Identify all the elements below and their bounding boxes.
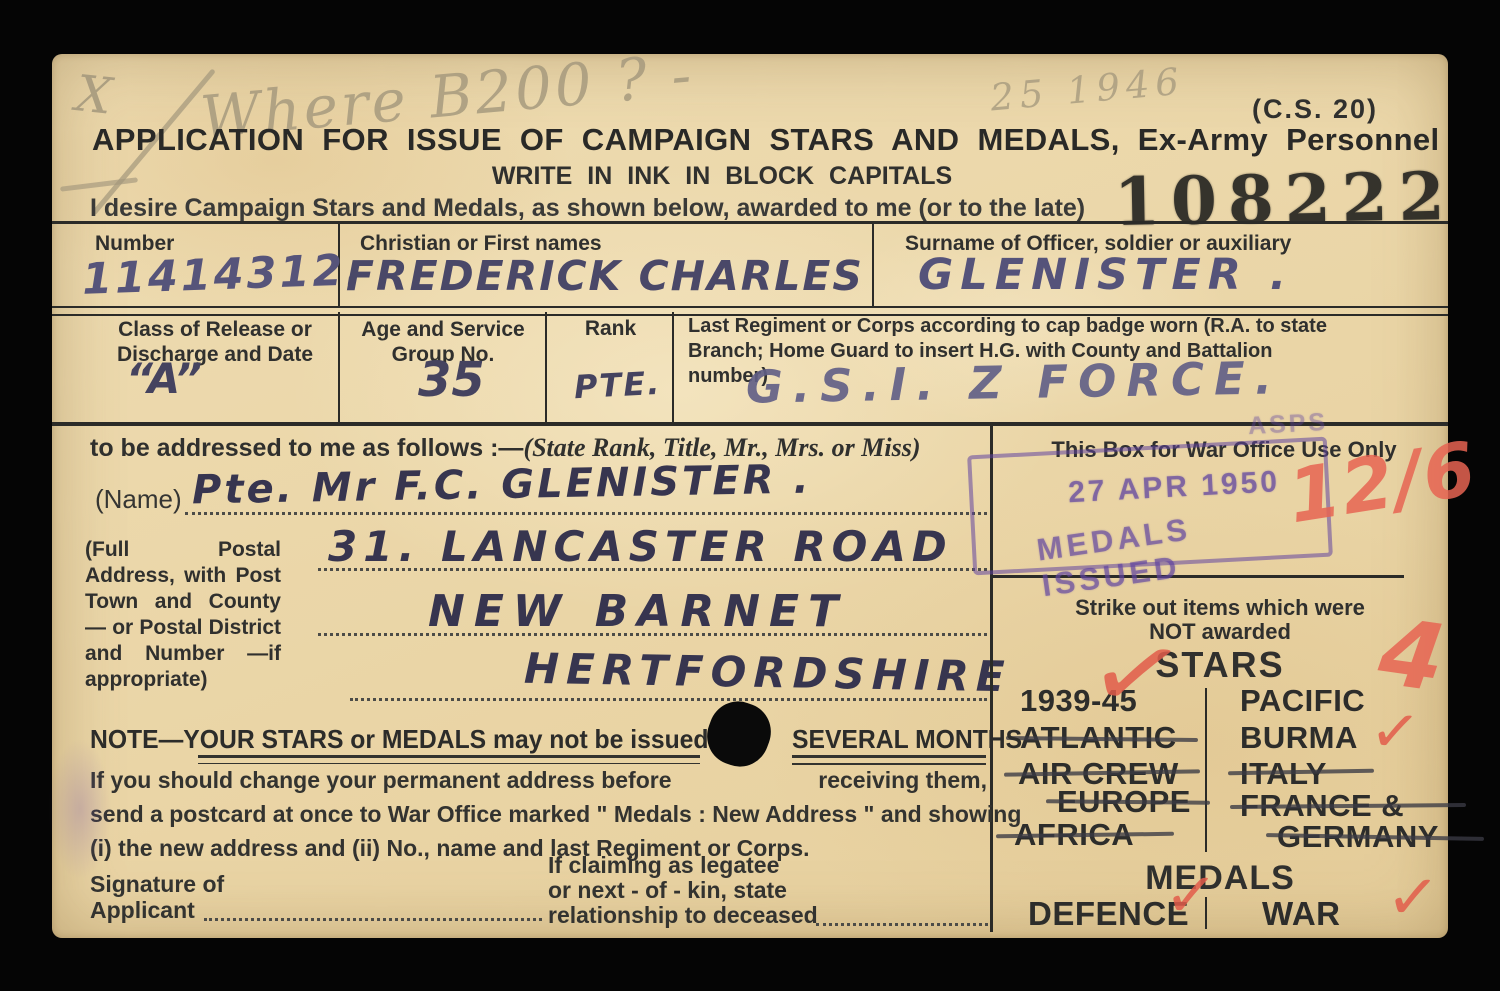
strike-instruction-line2: NOT awarded (1000, 619, 1440, 645)
regiment-label-line1: Last Regiment or Corps according to cap … (688, 314, 1440, 339)
medals-issued-stamp: 27 APR 1950 MEDALS ISSUED (967, 437, 1333, 576)
address-line2-dotted (318, 633, 987, 636)
release-class-value: “A” (126, 354, 202, 403)
note-line1-left: If you should change your permanent addr… (90, 767, 672, 794)
address-line3-dotted (350, 698, 987, 701)
note-underline-left (198, 755, 700, 764)
medals-heading: MEDALS (1000, 859, 1440, 898)
red-check-defence-icon: ✓ (1162, 862, 1220, 930)
postal-address-label: (Full Postal Address, with Post Town and… (85, 537, 281, 693)
name-value: Pte. Mr F.C. GLENISTER . (192, 457, 812, 514)
award-star-pacific: PACIFIC (1240, 683, 1365, 719)
red-check-war-icon: ✓ (1384, 864, 1442, 932)
note-paragraph-line1: If you should change your permanent addr… (90, 767, 987, 794)
legatee-line2: or next - of - kin, state (548, 877, 787, 904)
regiment-value: G.S.I. Z FORCE. (746, 351, 1283, 413)
stars-heading: STARS (1000, 644, 1440, 686)
red-check-1939-45-icon: ✓ (1079, 616, 1194, 734)
application-card: X Where B200 ? - 25 1946 (C.S. 20) APPLI… (52, 54, 1448, 938)
serial-number-stamp: 108222 (1113, 157, 1456, 241)
note-heading-right: SEVERAL MONTHS (792, 724, 1022, 755)
strike-instruction-line1: Strike out items which were (1000, 595, 1440, 621)
declaration-line: I desire Campaign Stars and Medals, as s… (90, 194, 1085, 223)
surname-value: GLENISTER . (918, 250, 1293, 300)
red-check-burma-icon: ✓ (1367, 700, 1423, 765)
address-line3-value: HERTFORDSHIRE (524, 644, 1012, 702)
form-subtitle: WRITE IN INK IN BLOCK CAPITALS (402, 162, 1042, 191)
rank-label: Rank (549, 317, 672, 341)
pencil-x-mark: X (73, 64, 114, 125)
note-heading-left: NOTE—YOUR STARS or MEDALS may not be iss… (90, 724, 748, 755)
addressed-intro-plain: to be addressed to me as follows :— (90, 434, 523, 462)
note-underline-right (792, 755, 986, 765)
table-top-rule (52, 221, 1448, 224)
ink-smudge (44, 704, 134, 914)
signature-dotted-line (204, 918, 542, 921)
award-medal-war: WAR (1262, 895, 1341, 933)
row2-divider-2 (545, 312, 547, 422)
address-line1-dotted (318, 568, 987, 571)
address-line2-value: NEW BARNET (428, 586, 847, 637)
address-line1-value: 31. LANCASTER ROAD (328, 522, 953, 571)
form-title: APPLICATION FOR ISSUE OF CAMPAIGN STARS … (92, 122, 1440, 158)
photo-background: { "glyphs": {"check": "✓"}, "pencil": { … (0, 0, 1500, 991)
punch-hole (699, 693, 779, 774)
name-dotted-line (185, 512, 987, 515)
row2-divider-1 (338, 312, 340, 422)
award-star-burma: BURMA (1240, 720, 1358, 756)
row2-divider-3 (672, 312, 674, 422)
pencil-date: 25 1946 (988, 60, 1186, 120)
rank-value: PTE. (573, 364, 662, 407)
stamp-clasps-fragment: ASPS (1247, 408, 1329, 441)
pencil-flourish-mark (60, 177, 138, 191)
number-value: 11414312. (81, 245, 365, 305)
note-line1-right: receiving them, (818, 767, 987, 794)
table-bottom-rule (52, 422, 1448, 426)
name-label: (Name) (95, 484, 182, 515)
legatee-line3: relationship to deceased (548, 902, 818, 929)
first-names-value: FREDERICK CHARLES (346, 252, 864, 300)
relationship-dotted-line (816, 923, 988, 926)
form-code: (C.S. 20) (1252, 94, 1378, 125)
row1-divider-2 (872, 224, 874, 306)
legatee-line1: If claiming as legatee (548, 852, 779, 879)
age-group-value: 35 (418, 352, 485, 408)
awards-column-divider (1205, 688, 1207, 852)
note-paragraph-line2: send a postcard at once to War Office ma… (90, 801, 1021, 828)
